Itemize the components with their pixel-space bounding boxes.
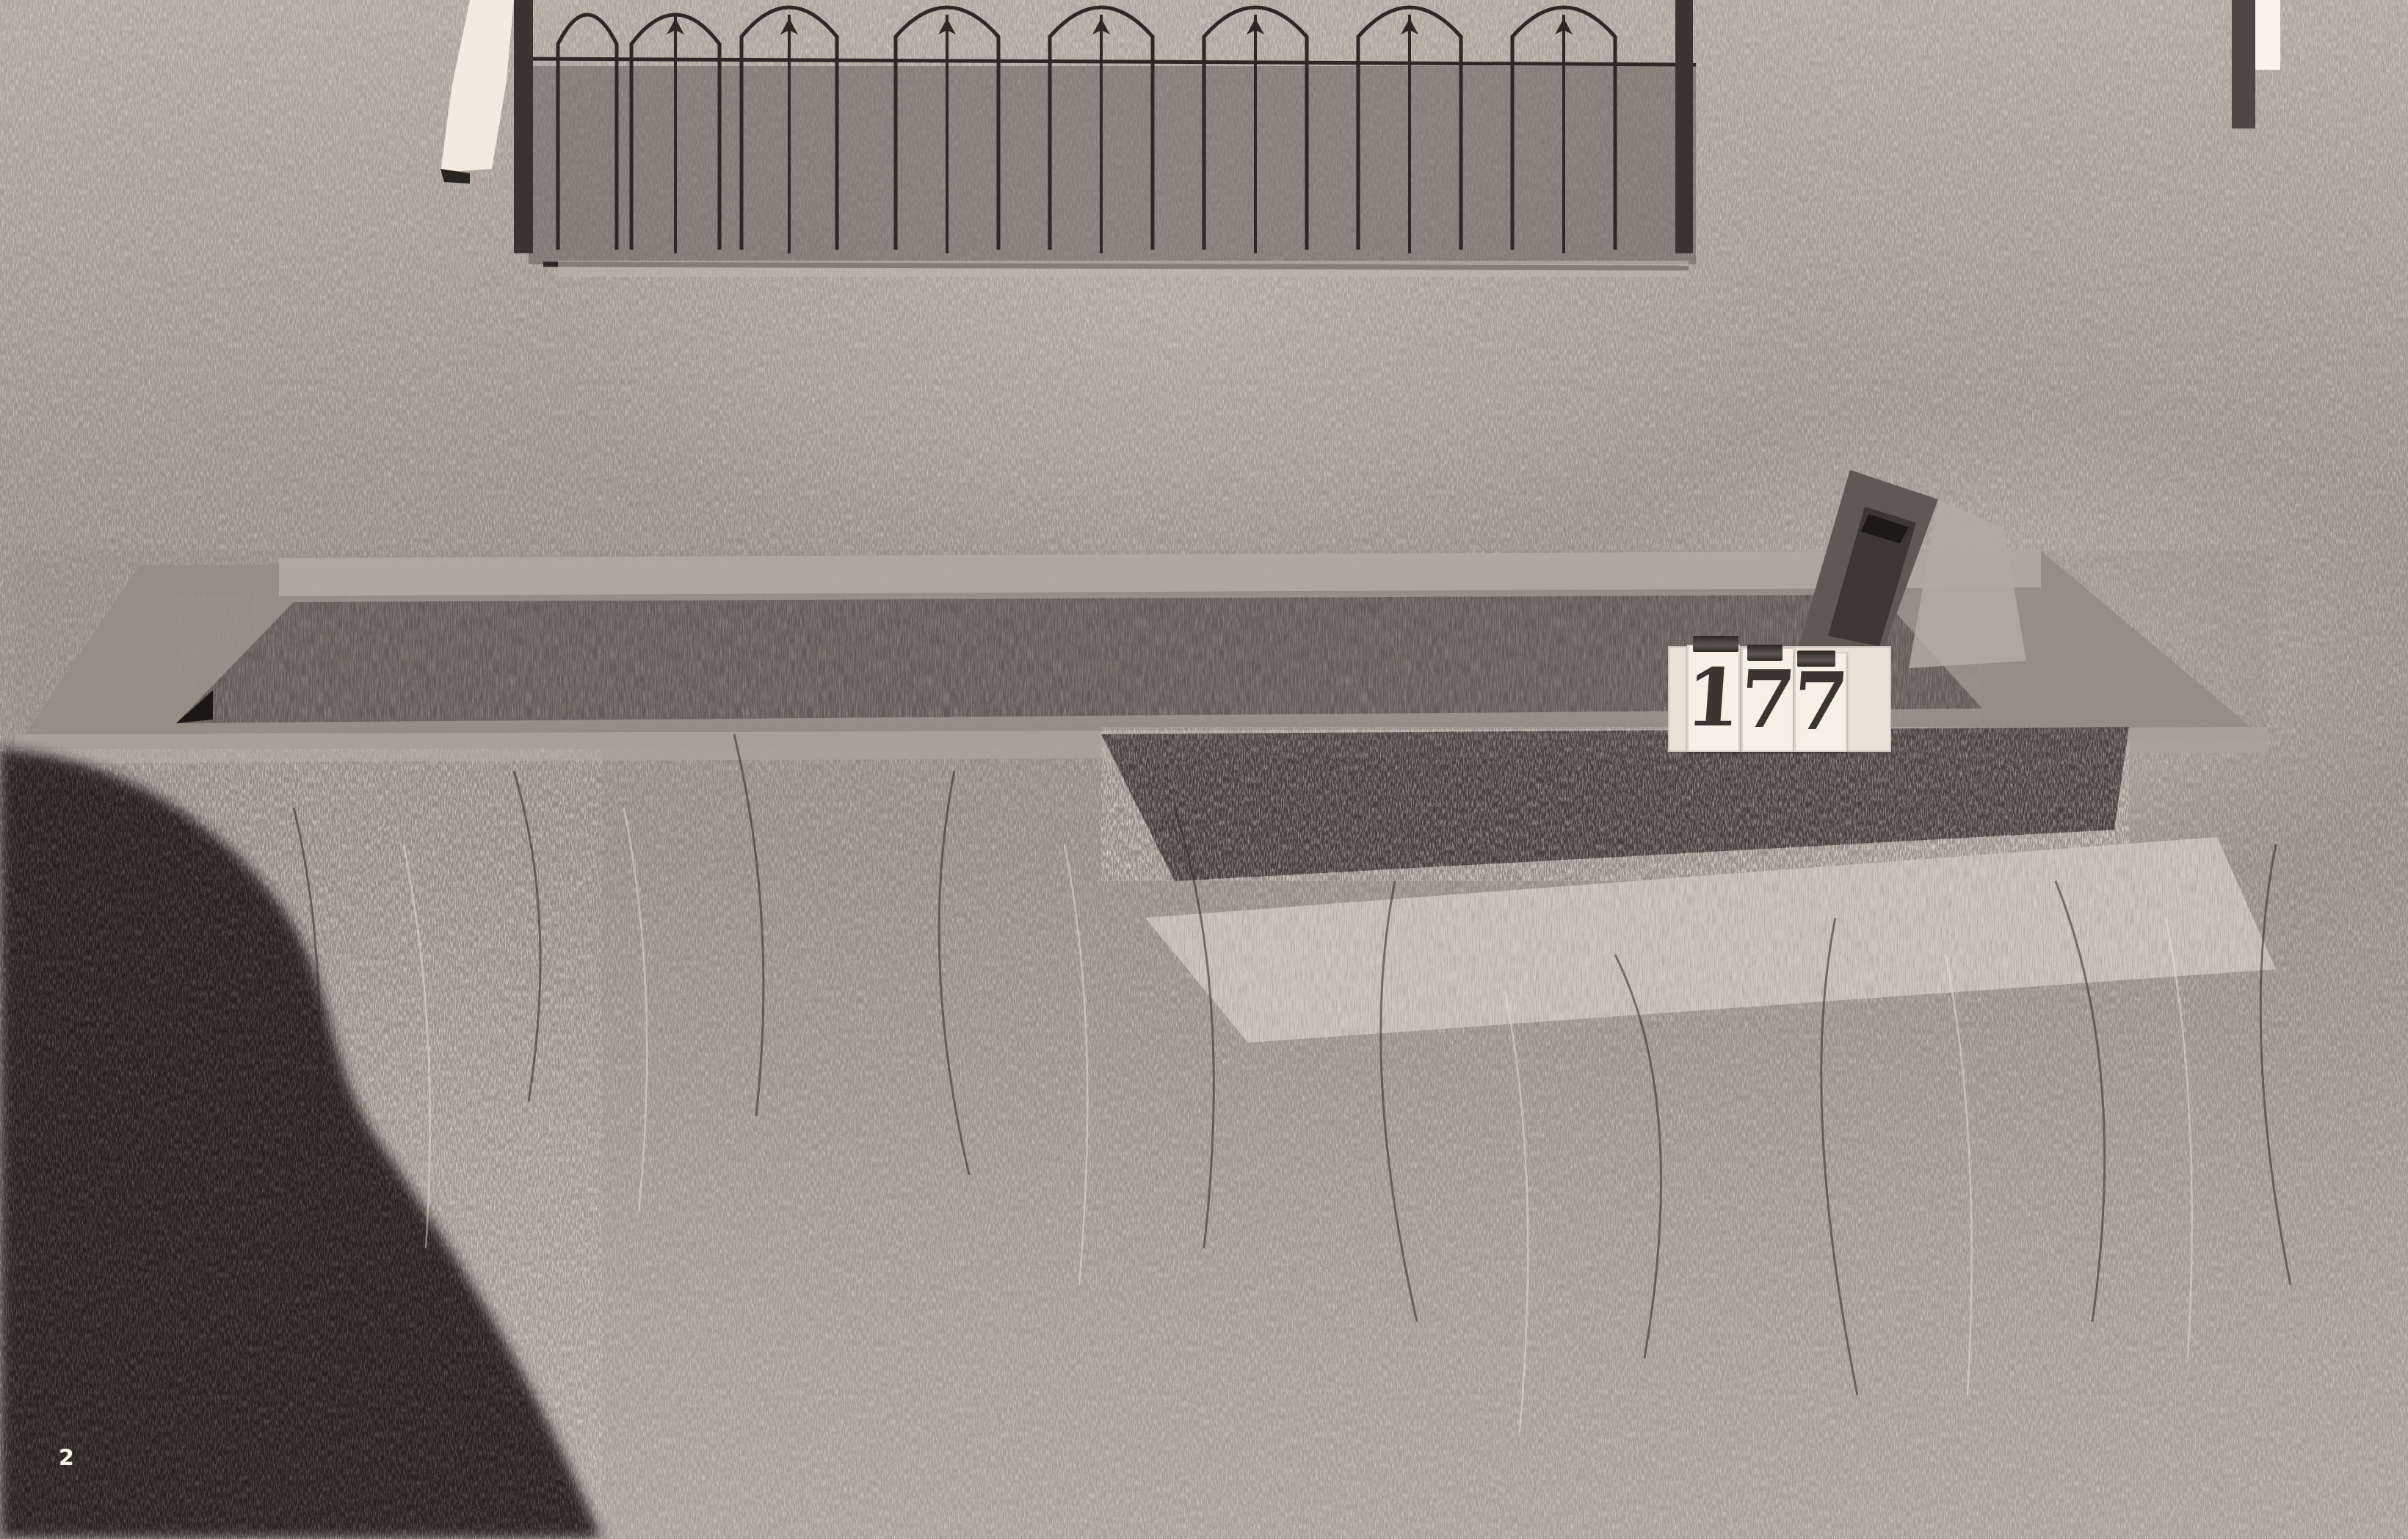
grave-number-digit: 7 — [1791, 662, 1852, 742]
grave-photograph: 1 7 7 2 — [0, 0, 2408, 1539]
scene-illustration — [0, 0, 2408, 1539]
grave-number-card-3: 7 — [1794, 652, 1847, 752]
bulldog-clip — [1747, 645, 1783, 661]
grave-number-digit: 1 — [1683, 659, 1744, 738]
bulldog-clip — [1693, 636, 1738, 652]
bulldog-clip — [1797, 651, 1835, 667]
grave-number-digit: 7 — [1738, 660, 1799, 739]
grave-number-card-2: 7 — [1741, 648, 1794, 752]
wooden-post — [2232, 0, 2255, 128]
corner-mark: 2 — [59, 1445, 74, 1471]
grave-number-card-1: 1 — [1687, 645, 1740, 752]
